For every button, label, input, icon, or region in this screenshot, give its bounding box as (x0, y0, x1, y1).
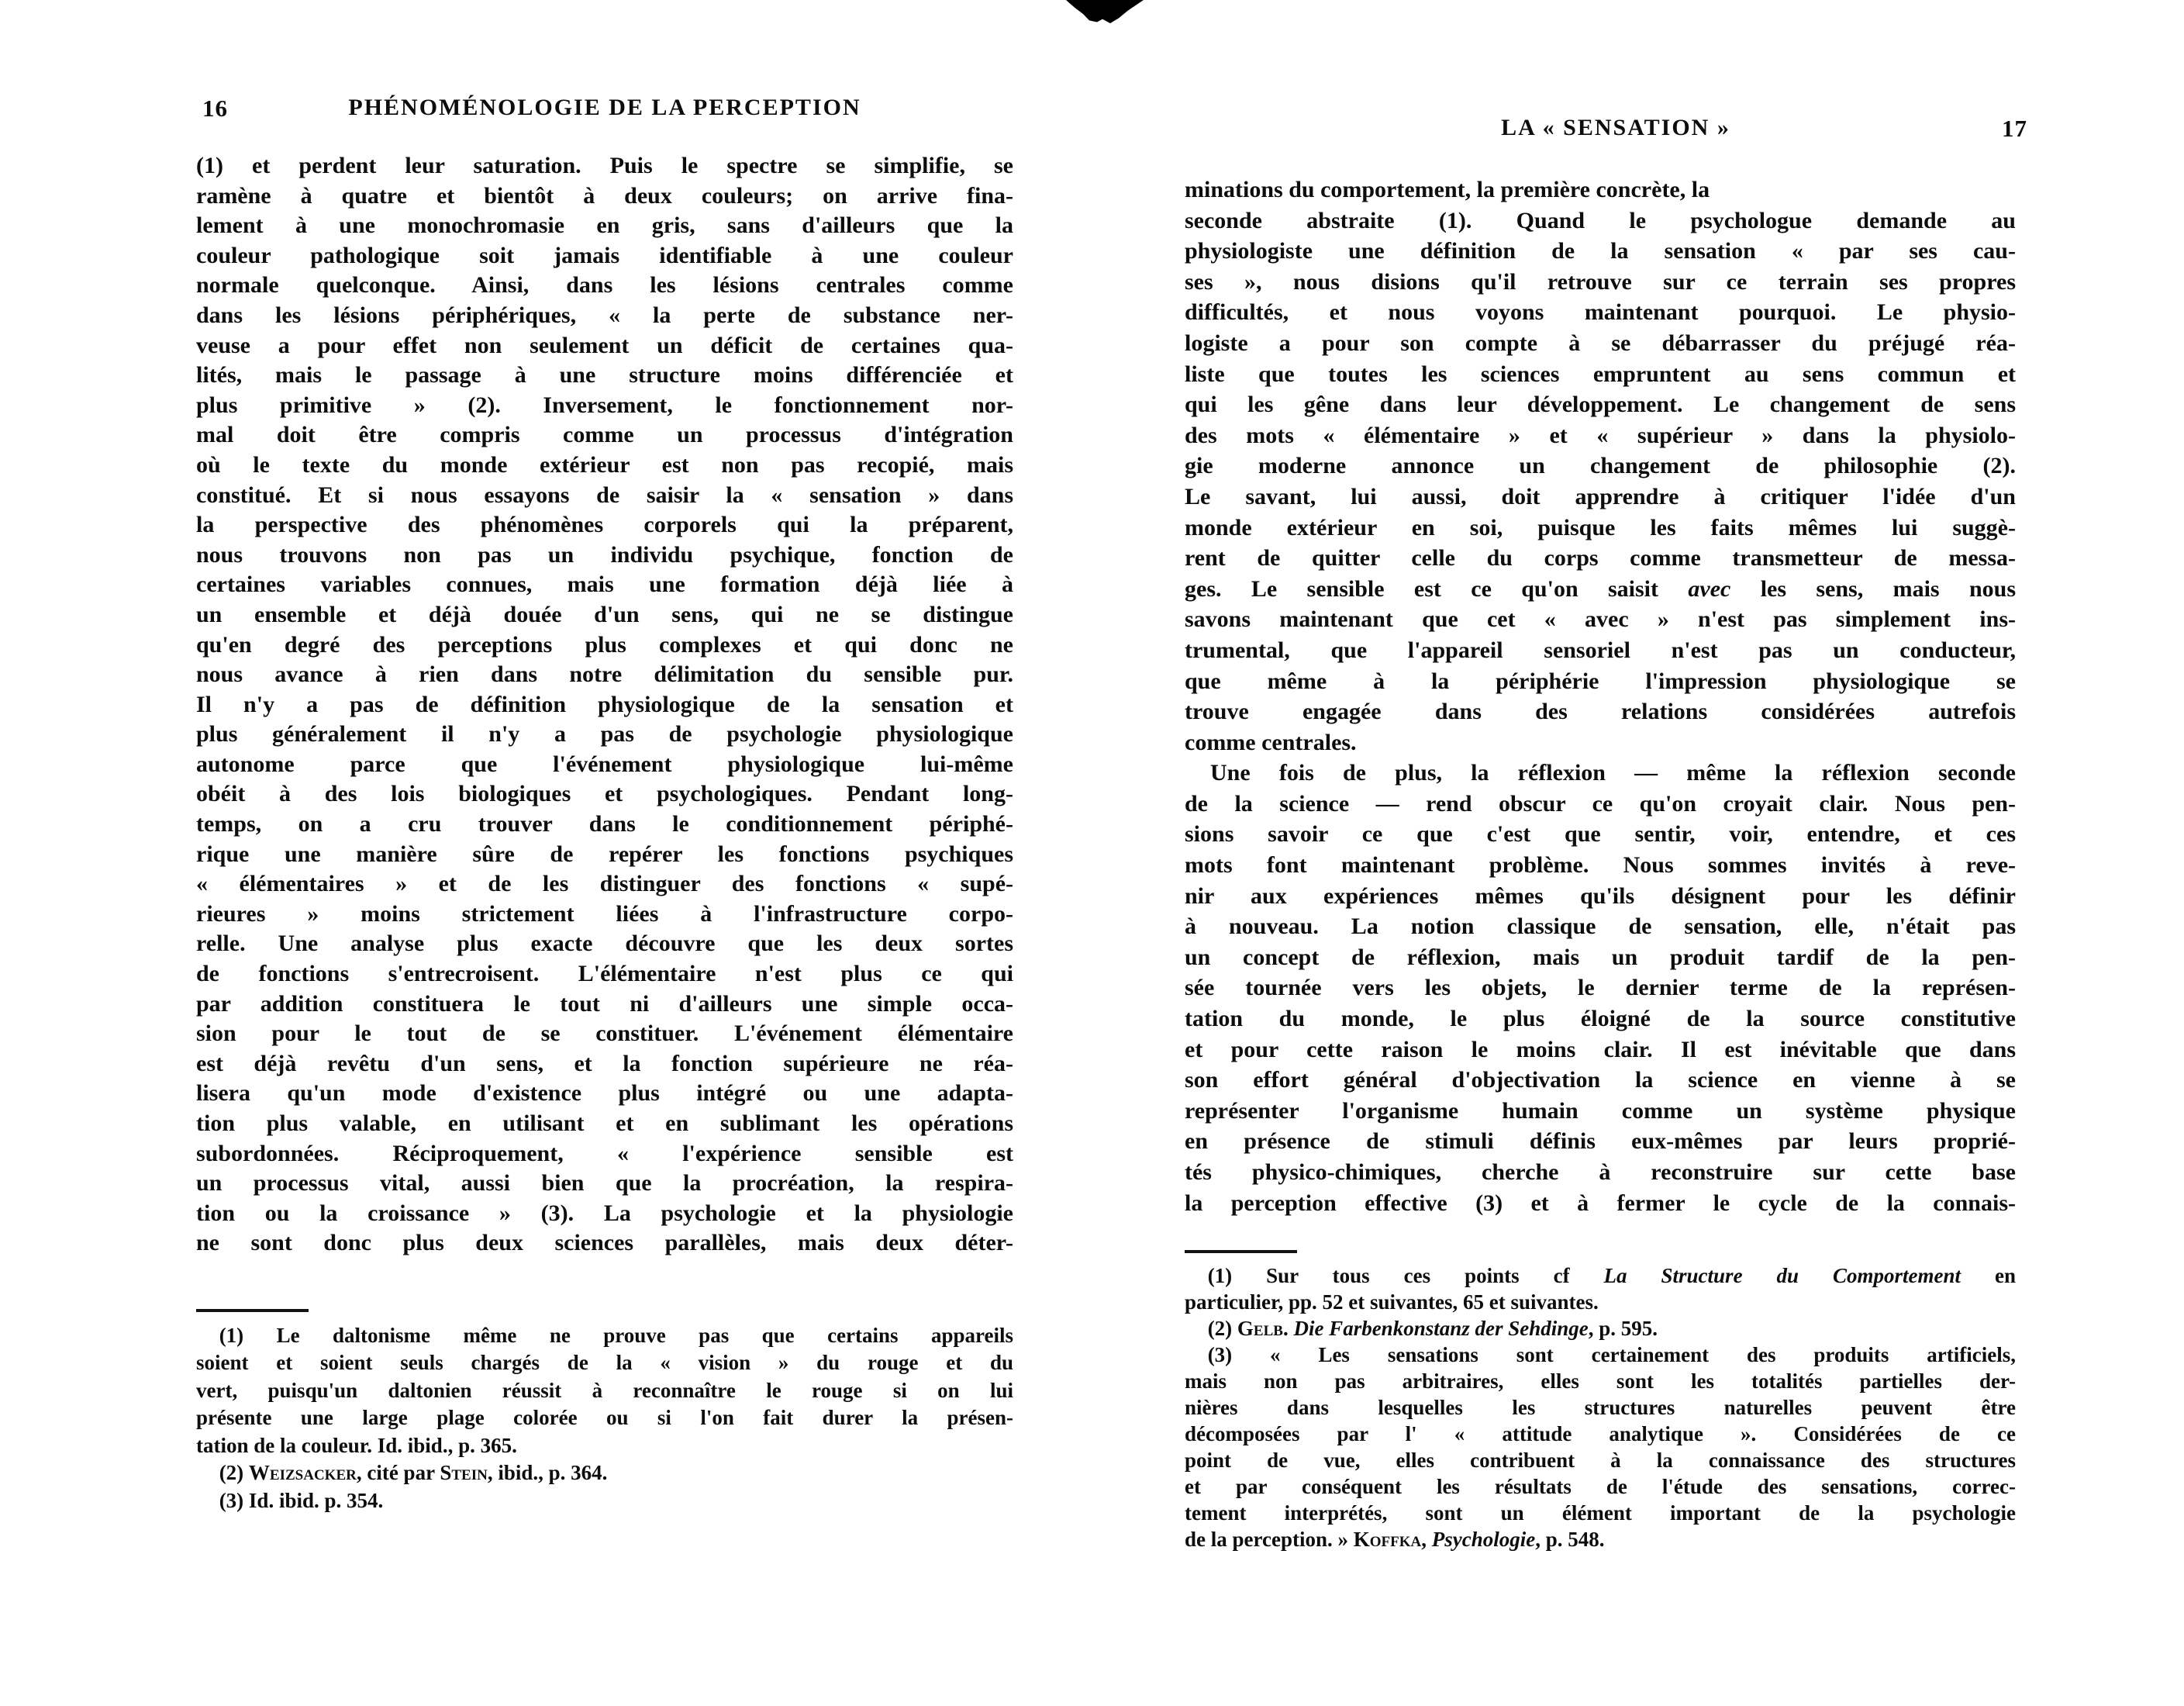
page-number: 17 (2002, 115, 2027, 143)
running-title: PHÉNOMÉNOLOGIE DE LA PERCEPTION (196, 95, 1013, 121)
body-text: (1) et perdent leur saturation. Puis le … (196, 151, 1013, 1259)
text-line: représenter l'organisme humain comme un … (1185, 1096, 2016, 1127)
text-line: lement à une monochromasie en gris, sans… (196, 211, 1013, 241)
text-line: et par conséquent les résultats de l'étu… (1185, 1473, 2016, 1500)
text-line: ses », nous disions qu'il retrouve sur c… (1185, 267, 2016, 298)
page-17: LA « SENSATION » 17 minations du comport… (1185, 115, 2016, 1552)
text-line: nous avance à rien dans notre délimitati… (196, 660, 1013, 690)
text-line: ges. Le sensible est ce qu'on saisit ave… (1185, 574, 2016, 605)
text-line: lités, mais le passage à une structure m… (196, 361, 1013, 391)
text-line: décomposées par l' « attitude analytique… (1185, 1421, 2016, 1447)
text-line: par addition constituera le tout ni d'ai… (196, 989, 1013, 1020)
text-line: un concept de réflexion, mais un produit… (1185, 942, 2016, 973)
text-line: rent de quitter celle du corps comme tra… (1185, 543, 2016, 574)
text-line: (1) et perdent leur saturation. Puis le … (196, 151, 1013, 181)
text-line: de la science — rend obscur ce qu'on cro… (1185, 789, 2016, 820)
text-line: difficultés, et nous voyons maintenant p… (1185, 297, 2016, 328)
text-line: (1) Sur tous ces points cf La Structure … (1185, 1262, 2016, 1289)
body-text: minations du comportement, la première c… (1185, 174, 2016, 1218)
text-line: (2) Weizsacker, cité par Stein, ibid., p… (196, 1459, 1013, 1487)
text-line: autonome parce que l'événement physiolog… (196, 750, 1013, 780)
text-line: soient et soient seuls chargés de la « v… (196, 1349, 1013, 1377)
text-line: physiologiste une définition de la sensa… (1185, 236, 2016, 267)
text-line: trumental, que l'appareil sensoriel n'es… (1185, 635, 2016, 666)
text-line: Une fois de plus, la réflexion — même la… (1185, 758, 2016, 789)
text-line: un processus vital, aussi bien que la pr… (196, 1169, 1013, 1199)
text-line: rieures » moins strictement liées à l'in… (196, 900, 1013, 930)
text-line: plus généralement il n'y a pas de psycho… (196, 720, 1013, 750)
text-line: la perception effective (3) et à fermer … (1185, 1188, 2016, 1219)
text-line: mais non pas arbitraires, elles sont les… (1185, 1368, 2016, 1394)
page-17-header: LA « SENSATION » 17 (1185, 115, 2016, 142)
text-line: la perspective des phénomènes corporels … (196, 510, 1013, 540)
text-line: plus primitive » (2). Inversement, le fo… (196, 391, 1013, 421)
text-line: « élémentaires » et de les distinguer de… (196, 869, 1013, 900)
text-line: nir aux expériences mêmes qu'ils désigne… (1185, 881, 2016, 912)
text-line: logiste a pour son compte à se débarrass… (1185, 328, 2016, 359)
text-line: comme centrales. (1185, 727, 2016, 758)
text-line: ne sont donc plus deux sciences parallèl… (196, 1228, 1013, 1259)
text-line: veuse a pour effet non seulement un défi… (196, 331, 1013, 361)
footnotes: (1) Sur tous ces points cf La Structure … (1185, 1262, 2016, 1552)
text-line: particulier, pp. 52 et suivantes, 65 et … (1185, 1289, 2016, 1315)
text-line: en présence de stimuli définis eux-mêmes… (1185, 1126, 2016, 1157)
text-line: normale quelconque. Ainsi, dans les lési… (196, 271, 1013, 301)
text-line: de la perception. » Koffka, Psychologie,… (1185, 1526, 2016, 1552)
text-line: à nouveau. La notion classique de sensat… (1185, 911, 2016, 942)
text-line: sion pour le tout de se constituer. L'év… (196, 1019, 1013, 1049)
text-line: (3) « Les sensations sont certainement d… (1185, 1342, 2016, 1368)
text-line: est déjà revêtu d'un sens, et la fonctio… (196, 1049, 1013, 1079)
text-line: subordonnées. Réciproquement, « l'expéri… (196, 1139, 1013, 1169)
text-line: tation du monde, le plus éloigné de la s… (1185, 1003, 2016, 1034)
text-line: qui les gêne dans leur développement. Le… (1185, 389, 2016, 420)
text-line: ramène à quatre et bientôt à deux couleu… (196, 181, 1013, 212)
text-line: des mots « élémentaire » et « supérieur … (1185, 420, 2016, 451)
text-line: où le texte du monde extérieur est non p… (196, 451, 1013, 481)
text-line: vert, puisqu'un daltonien réussit à reco… (196, 1377, 1013, 1405)
text-line: lisera qu'un mode d'existence plus intég… (196, 1079, 1013, 1109)
text-line: (1) Le daltonisme même ne prouve pas que… (196, 1322, 1013, 1350)
text-line: Il n'y a pas de définition physiologique… (196, 690, 1013, 720)
text-line: nières dans lesquelles les structures na… (1185, 1394, 2016, 1421)
page-16-header: 16 PHÉNOMÉNOLOGIE DE LA PERCEPTION (196, 95, 1013, 122)
text-line: tion plus valable, en utilisant et en su… (196, 1109, 1013, 1139)
text-line: tement interprétés, sont un élément impo… (1185, 1500, 2016, 1526)
text-line: et pour cette raison le moins clair. Il … (1185, 1034, 2016, 1065)
text-line: gie moderne annonce un changement de phi… (1185, 451, 2016, 482)
text-line: Le savant, lui aussi, doit apprendre à c… (1185, 482, 2016, 513)
text-line: constitué. Et si nous essayons de saisir… (196, 481, 1013, 511)
text-line: un ensemble et déjà douée d'un sens, qui… (196, 600, 1013, 630)
text-line: temps, on a cru trouver dans le conditio… (196, 810, 1013, 840)
text-line: sions savoir ce que c'est que sentir, vo… (1185, 819, 2016, 850)
page-number: 16 (202, 95, 228, 123)
text-line: sée tournée vers les objets, le dernier … (1185, 972, 2016, 1003)
text-line: monde extérieur en soi, puisque les fait… (1185, 513, 2016, 544)
text-line: trouve engagée dans des relations consid… (1185, 696, 2016, 727)
text-line: (2) Gelb. Die Farbenkonstanz der Sehding… (1185, 1315, 2016, 1342)
text-line: mots font maintenant problème. Nous somm… (1185, 850, 2016, 881)
text-line: (3) Id. ibid. p. 354. (196, 1487, 1013, 1515)
text-line: liste que toutes les sciences empruntent… (1185, 359, 2016, 390)
footnote-separator (1185, 1250, 1297, 1253)
scan-ink-artifact (1066, 0, 1144, 23)
page-16: 16 PHÉNOMÉNOLOGIE DE LA PERCEPTION (1) e… (196, 95, 1013, 1514)
text-line: que même à la périphérie l'impression ph… (1185, 666, 2016, 697)
footnotes: (1) Le daltonisme même ne prouve pas que… (196, 1322, 1013, 1515)
text-line: tion ou la croissance » (3). La psycholo… (196, 1199, 1013, 1229)
text-line: relle. Une analyse plus exacte découvre … (196, 929, 1013, 959)
text-line: tation de la couleur. Id. ibid., p. 365. (196, 1432, 1013, 1460)
text-line: point de vue, elles contribuent à la con… (1185, 1447, 2016, 1473)
text-line: son effort général d'objectivation la sc… (1185, 1065, 2016, 1096)
text-line: qu'en degré des perceptions plus complex… (196, 630, 1013, 661)
text-line: mal doit être compris comme un processus… (196, 420, 1013, 451)
text-line: savons maintenant que cet « avec » n'est… (1185, 604, 2016, 635)
text-line: seconde abstraite (1). Quand le psycholo… (1185, 205, 2016, 237)
text-line: obéit à des lois biologiques et psycholo… (196, 779, 1013, 810)
text-line: certaines variables connues, mais une fo… (196, 570, 1013, 600)
text-line: couleur pathologique soit jamais identif… (196, 241, 1013, 271)
running-title: LA « SENSATION » (1200, 115, 2031, 141)
text-line: rique une manière sûre de repérer les fo… (196, 840, 1013, 870)
text-line: présente une large plage colorée ou si l… (196, 1404, 1013, 1432)
book-scan-spread: 16 PHÉNOMÉNOLOGIE DE LA PERCEPTION (1) e… (0, 0, 2184, 1706)
footnote-separator (196, 1309, 309, 1312)
text-line: nous trouvons non pas un individu psychi… (196, 540, 1013, 571)
text-line: dans les lésions périphériques, « la per… (196, 301, 1013, 331)
text-line: tés physico-chimiques, cherche à reconst… (1185, 1157, 2016, 1188)
text-line: de fonctions s'entrecroisent. L'élémenta… (196, 959, 1013, 989)
text-line: minations du comportement, la première c… (1185, 174, 2016, 205)
